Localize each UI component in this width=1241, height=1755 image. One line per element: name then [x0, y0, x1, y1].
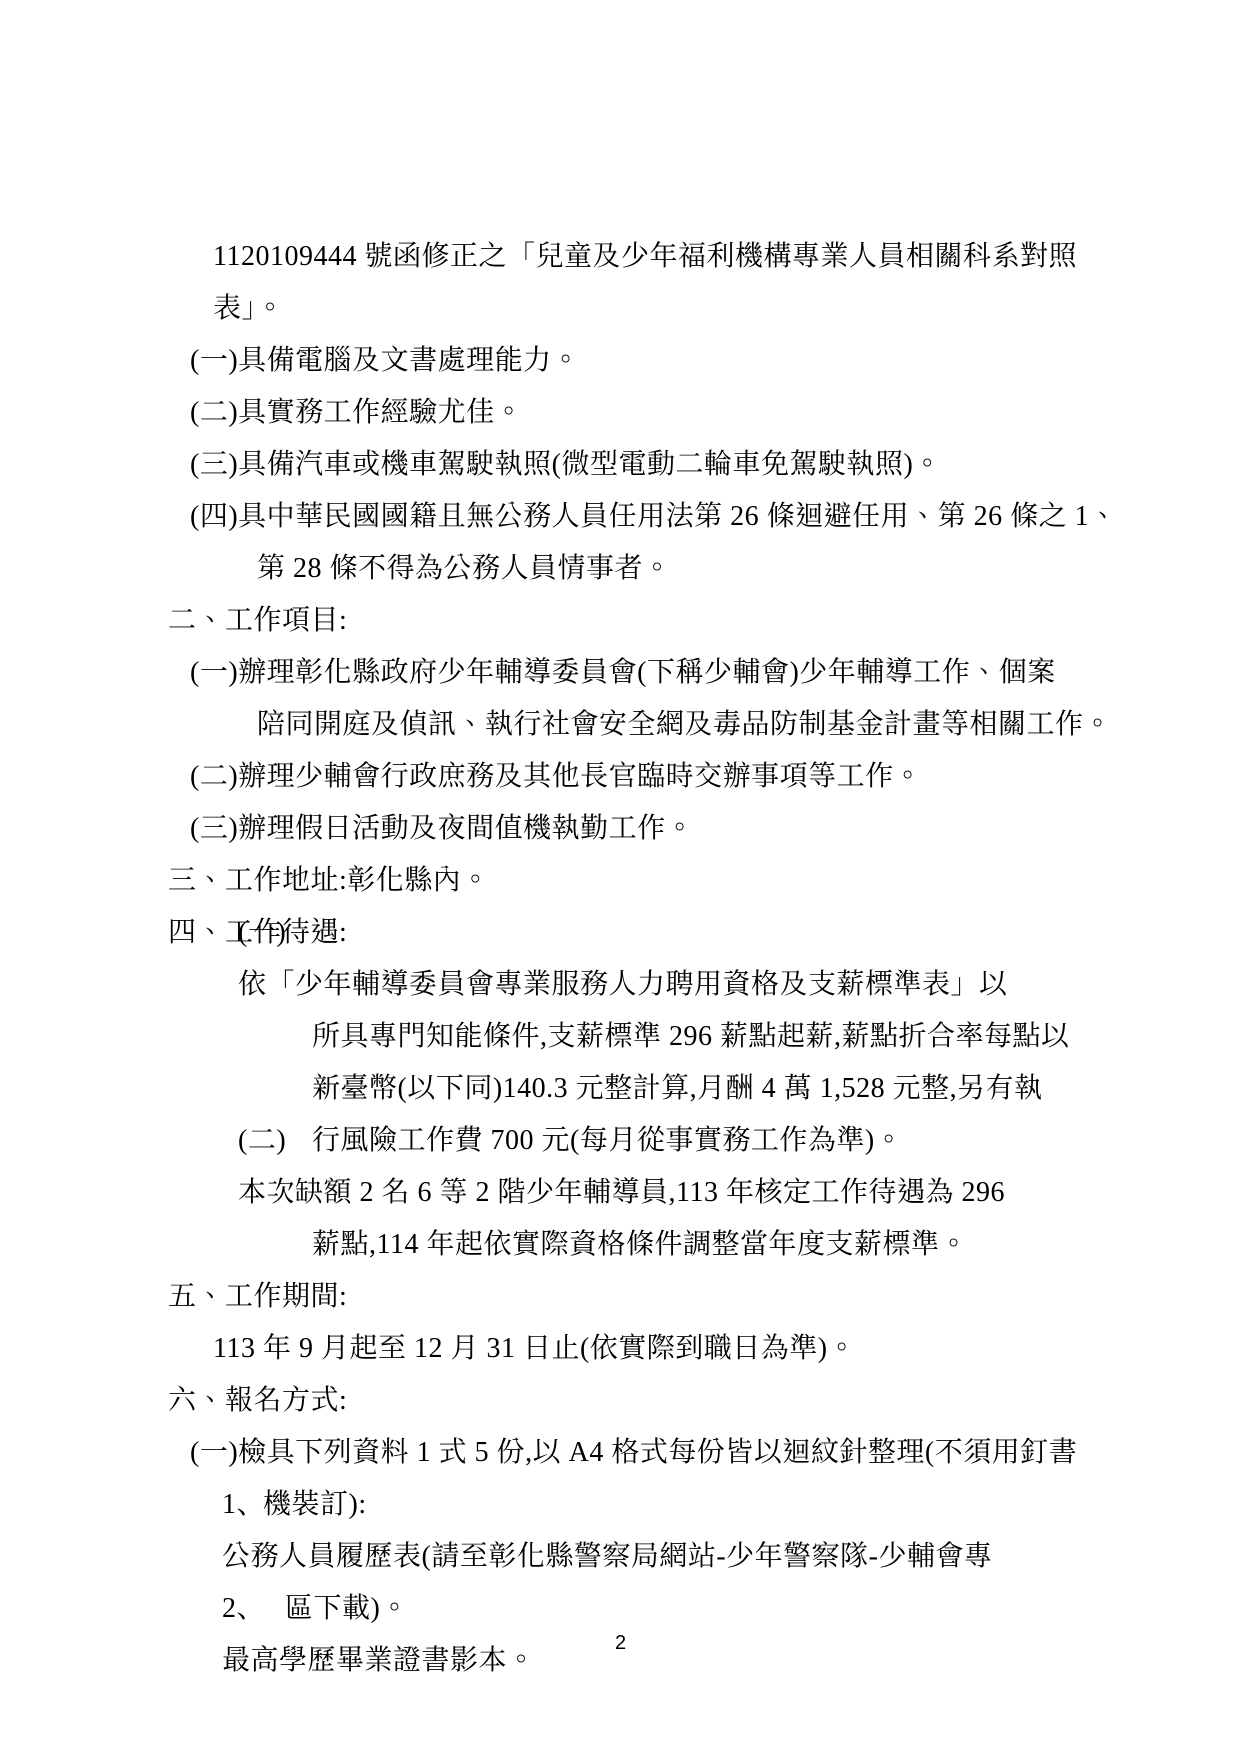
line-text: (三)具備汽車或機車駕駛執照(微型電動二輪車免駕駛執照)。 [190, 449, 942, 480]
line-text: 所具專門知能條件,支薪標準 296 薪點起薪,薪點折合率每點以 [312, 1021, 1070, 1052]
line-text: 薪點,114 年起依實際資格條件調整當年度支薪標準。 [312, 1229, 968, 1260]
text-line: 1120109444 號函修正之「兒童及少年福利機構專業人員相關科系對照 [0, 127, 1241, 179]
line-text: (三)辦理假日活動及夜間值機執勤工作。 [190, 813, 694, 844]
line-text: 依「少年輔導委員會專業服務人力聘用資格及支薪標準表」以 [238, 969, 1008, 1000]
line-text: 113 年 9 月起至 12 月 31 日止(依實際到職日為準)。 [213, 1333, 856, 1364]
line-text: 三、工作地址:彰化縣內。 [168, 865, 490, 896]
document-page: 1120109444 號函修正之「兒童及少年福利機構專業人員相關科系對照 表」。… [0, 0, 1241, 1755]
list-marker: 2、 [222, 1583, 265, 1635]
line-text: 本次缺額 2 名 6 等 2 階少年輔導員,113 年核定工作待遇為 296 [238, 1177, 1005, 1208]
line-text: 六、報名方式: [168, 1385, 347, 1416]
page-number: 2 [0, 1631, 1241, 1655]
line-text: 二、工作項目: [168, 605, 347, 636]
line-text: (四)具中華民國國籍且無公務人員任用法第 26 條迴避任用、第 26 條之 1、 [190, 501, 1118, 532]
line-text: 表」。 [213, 293, 285, 324]
line-text: 陪同開庭及偵訊、執行社會安全網及毒品防制基金計畫等相關工作。 [257, 709, 1112, 740]
list-marker: (二) [238, 1115, 286, 1167]
list-marker: (一) [238, 907, 286, 959]
line-text: (二)辦理少輔會行政庶務及其他長官臨時交辦事項等工作。 [190, 761, 922, 792]
line-text: 第 28 條不得為公務人員情事者。 [257, 553, 672, 584]
line-text: 行風險工作費 700 元(每月從事實務工作為準)。 [312, 1125, 903, 1156]
line-text: 1120109444 號函修正之「兒童及少年福利機構專業人員相關科系對照 [213, 241, 1077, 272]
line-text: (一)具備電腦及文書處理能力。 [190, 345, 580, 376]
document-body: 1120109444 號函修正之「兒童及少年福利機構專業人員相關科系對照 表」。… [0, 127, 1241, 1583]
text-line: 區下載)。 [0, 1479, 1241, 1531]
line-text: 新臺幣(以下同)140.3 元整計算,月酬 4 萬 1,528 元整,另有執 [312, 1073, 1043, 1104]
list-marker: 1、 [222, 1479, 265, 1531]
line-text: (二)具實務工作經驗尤佳。 [190, 397, 523, 428]
line-text: (一)辦理彰化縣政府少年輔導委員會(下稱少輔會)少年輔導工作、個案 [190, 657, 1056, 688]
line-text: 區下載)。 [285, 1593, 409, 1624]
line-text: 公務人員履歷表(請至彰化縣警察局網站-少年警察隊-少輔會專 [222, 1541, 992, 1572]
line-text: (一)檢具下列資料 1 式 5 份,以 A4 格式每份皆以迴紋針整理(不須用釘書 [190, 1437, 1077, 1468]
